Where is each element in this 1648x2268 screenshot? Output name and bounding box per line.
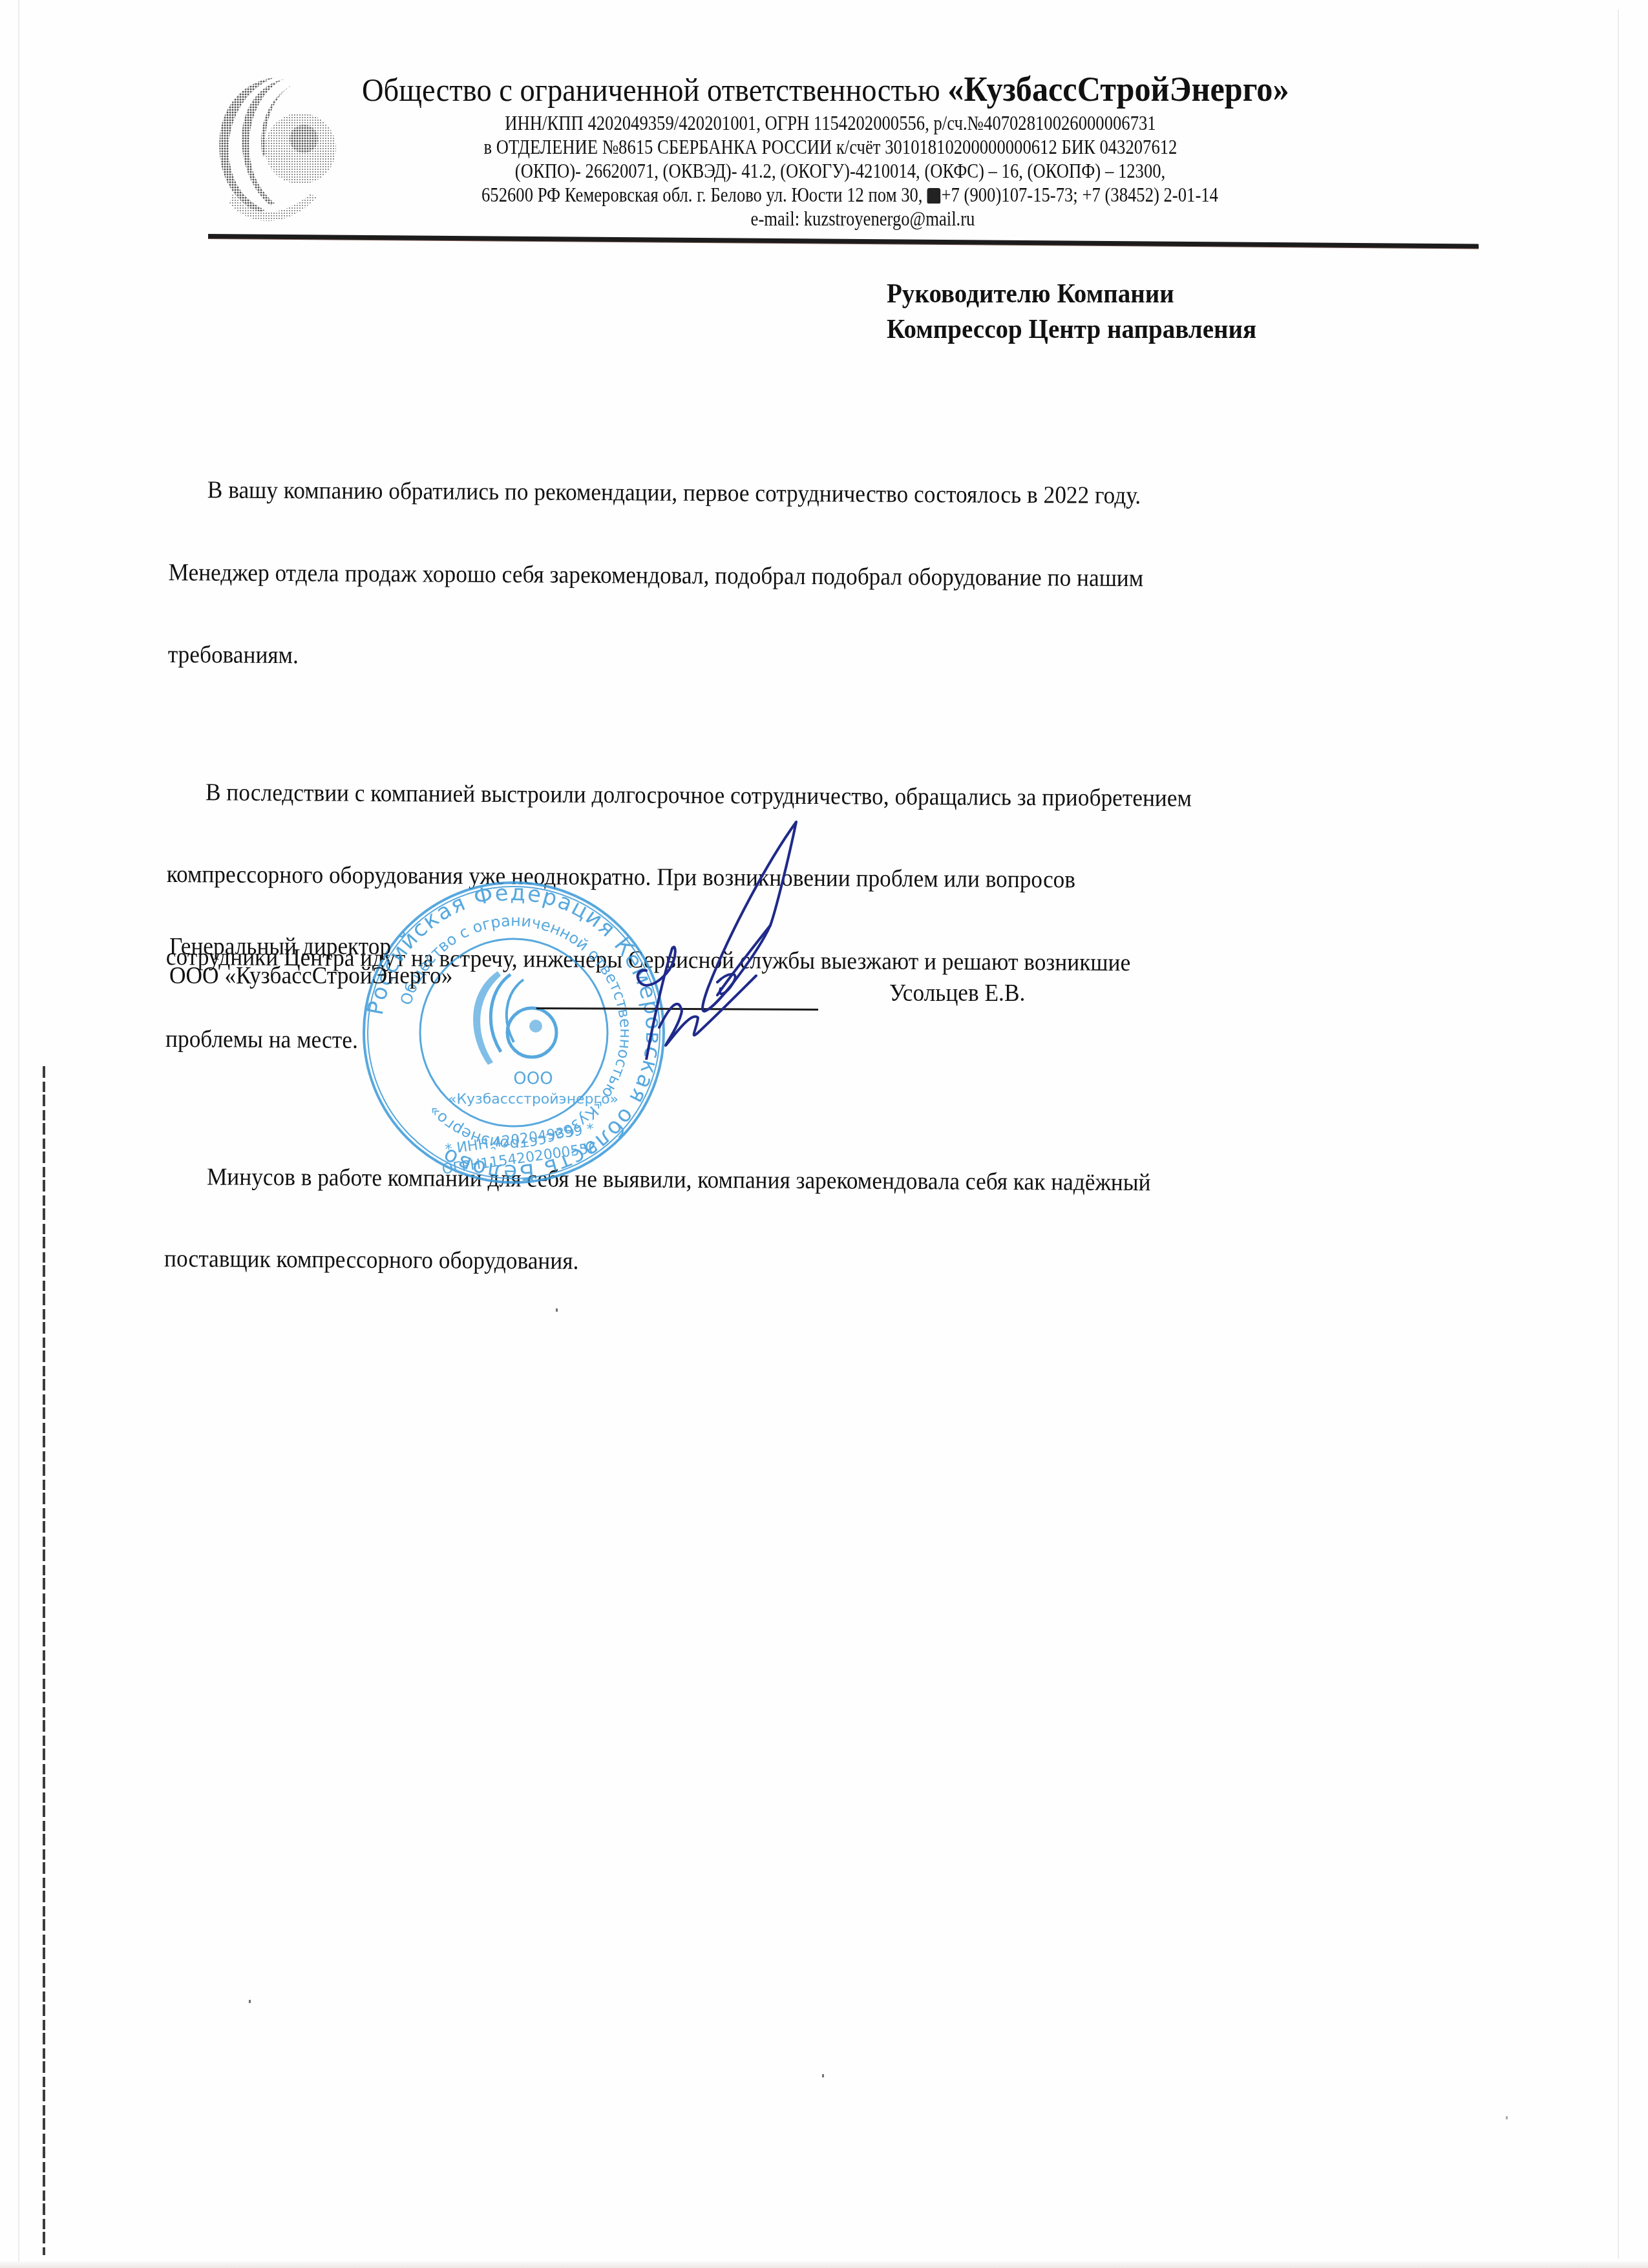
addressee-line: Руководителю Компании — [887, 277, 1256, 312]
scan-edge-artifact — [1618, 10, 1619, 2258]
letterhead-title-prefix: Общество с ограниченной ответственностью — [362, 72, 947, 108]
body-paragraph: В вашу компанию обратились по рекомендац… — [167, 421, 1371, 731]
letterhead-registration-line: ИНН/КПП 4202049359/420201001, ОГРН 11542… — [428, 112, 1234, 135]
letterhead-bank-line: в ОТДЕЛЕНИЕ №8615 СБЕРБАНКА РОССИИ к/счё… — [405, 136, 1256, 159]
letterhead-brand-name: «КузбассСтройЭнерго» — [947, 70, 1289, 109]
scan-edge-artifact — [43, 1066, 45, 2255]
body-line: В вашу компанию обратились по рекомендац… — [169, 476, 1371, 511]
scan-speck — [1506, 2116, 1508, 2119]
company-logo-icon — [213, 65, 343, 226]
stamp-center-line1: ООО — [513, 1069, 553, 1089]
addressee-line: Компрессор Центр направления — [887, 312, 1256, 348]
body-line: Минусов в работе компании для себя не вы… — [165, 1162, 1367, 1197]
body-paragraph: Минусов в работе компании для себя не вы… — [164, 1108, 1367, 1334]
telephone-icon — [927, 188, 940, 204]
signatory-company: ООО «КузбассСтройЭнерго» — [169, 961, 452, 991]
addressee-block: Руководителю Компании Компрессор Центр н… — [887, 277, 1256, 348]
stamp-center-line2: «Кузбассстройэнерго» — [448, 1091, 618, 1108]
letter-page: Общество с ограниченной ответственностью… — [0, 0, 1648, 2268]
scan-speck — [249, 2000, 251, 2003]
signatory-title: Генеральный директор ООО «КузбассСтройЭн… — [169, 932, 452, 991]
scan-speck — [822, 2074, 824, 2077]
body-line: поставщик компрессорного оборудования. — [164, 1245, 1366, 1280]
signatory-name: Усольцев Е.В. — [889, 979, 1025, 1008]
letterhead-company-name: Общество с ограниченной ответственностью… — [362, 70, 1324, 109]
body-line: требованиям. — [168, 641, 1370, 676]
letterhead-address: 652600 РФ Кемеровская обл. г. Белово ул.… — [481, 184, 927, 206]
letterhead-divider — [208, 234, 1479, 248]
letterhead-address-line: 652600 РФ Кемеровская обл. г. Белово ул.… — [419, 184, 1281, 207]
scan-edge-artifact — [18, 0, 19, 2268]
letterhead-phones: +7 (900)107-15-73; +7 (38452) 2-01-14 — [942, 184, 1218, 206]
letterhead-email-line: e-mail: kuzstroyenergo@mail.ru — [454, 207, 1271, 231]
scan-edge-artifact — [0, 2262, 1648, 2268]
signatory-position: Генеральный директор — [169, 932, 452, 961]
letterhead-codes-line: (ОКПО)- 26620071, (ОКВЭД)- 41.2, (ОКОГУ)… — [429, 160, 1252, 183]
handwritten-signature-icon — [620, 788, 840, 1060]
stamp-logo-icon — [473, 971, 556, 1065]
body-line: Менеджер отдела продаж хорошо себя зарек… — [168, 558, 1370, 593]
